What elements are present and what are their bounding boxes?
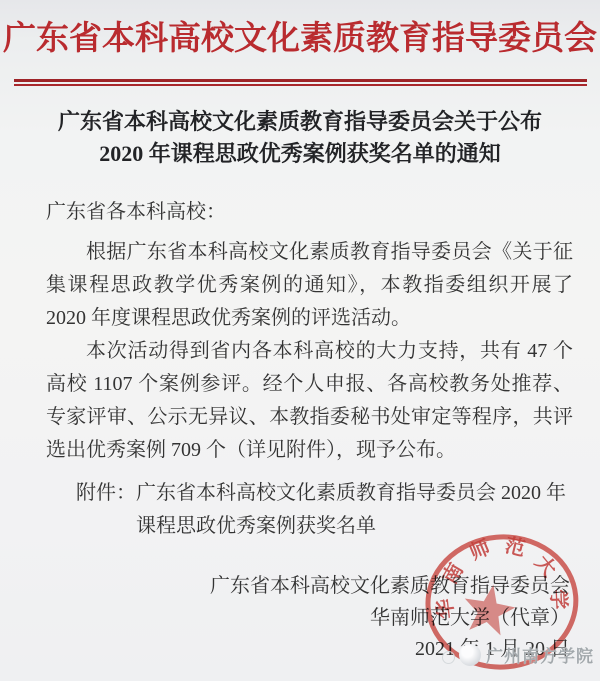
attachment-label: 附件： xyxy=(76,477,136,543)
watermark: 广州南方学院 xyxy=(459,642,594,667)
attachment-block: 附件： 广东省本科高校文化素质教育指导委员会 2020 年 课程思政优秀案例获奖… xyxy=(76,477,570,543)
notice-body: 广东省各本科高校： 根据广东省本科高校文化素质教育指导委员会《关于征集课程思政教… xyxy=(46,196,573,467)
notice-title-line2: 2020 年课程思政优秀案例获奖名单的通知 xyxy=(99,141,501,166)
paragraph-2: 本次活动得到省内各本科高校的大力支持，共有 47 个高校 1107 个案例参评。… xyxy=(46,335,573,467)
paragraph-1: 根据广东省本科高校文化素质教育指导委员会《关于征集课程思政教学优秀案例的通知》，… xyxy=(46,236,573,335)
salutation: 广东省各本科高校： xyxy=(46,196,573,229)
signature-agent: 华南师范大学（代章） xyxy=(210,603,570,635)
masthead-divider xyxy=(14,79,587,86)
masthead-title: 广东省本科高校文化素质教育指导委员会 xyxy=(0,16,600,62)
document-page: 广东省本科高校文化素质教育指导委员会 广东省本科高校文化素质教育指导委员会关于公… xyxy=(0,0,600,681)
notice-title: 广东省本科高校文化素质教育指导委员会关于公布 2020 年课程思政优秀案例获奖名… xyxy=(0,106,600,170)
attachment-line2: 课程思政优秀案例获奖名单 xyxy=(136,510,566,543)
signature-org: 广东省本科高校文化素质教育指导委员会 xyxy=(210,571,570,603)
attachment-lines: 广东省本科高校文化素质教育指导委员会 2020 年 课程思政优秀案例获奖名单 xyxy=(136,477,566,543)
notice-title-line1: 广东省本科高校文化素质教育指导委员会关于公布 xyxy=(58,109,542,134)
watermark-logo-icon xyxy=(459,644,481,666)
watermark-text: 广州南方学院 xyxy=(486,642,594,667)
attachment-line1: 广东省本科高校文化素质教育指导委员会 2020 年 xyxy=(136,477,566,510)
